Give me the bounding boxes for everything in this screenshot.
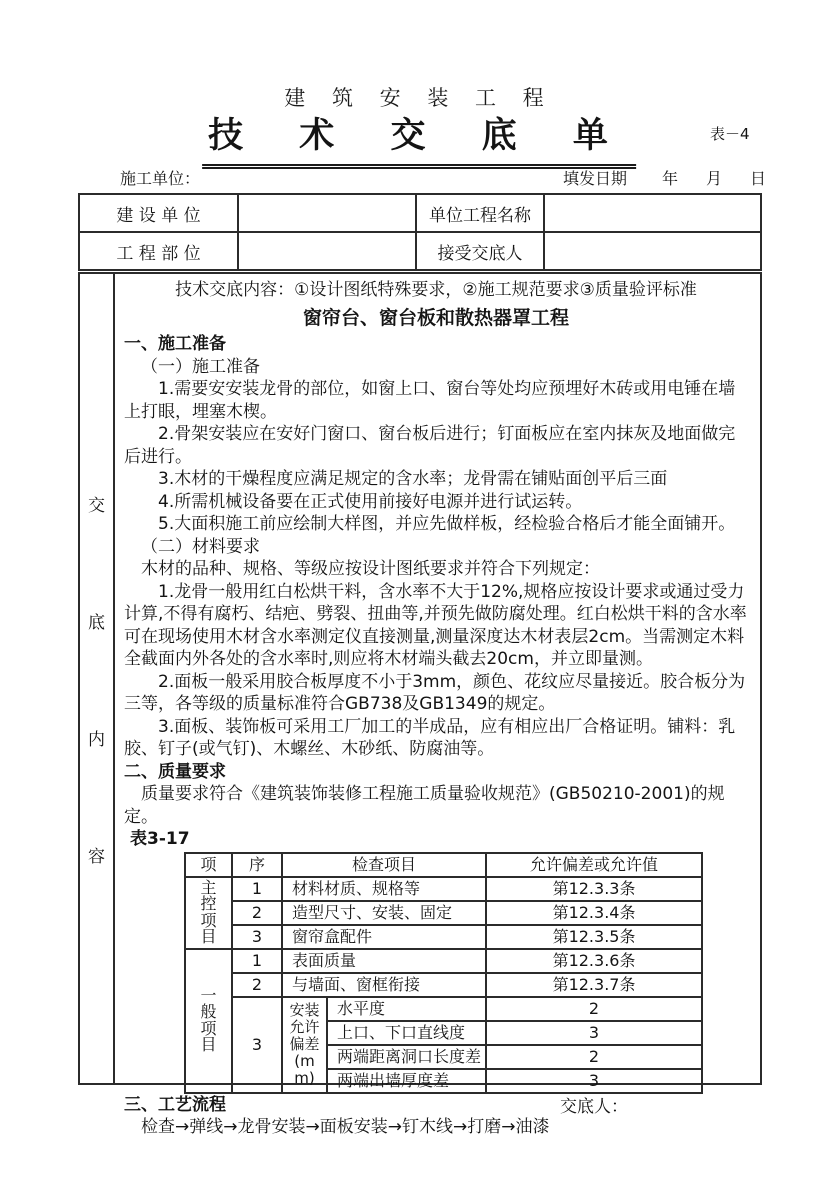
paragraph: 4.所需机械设备要在正式使用前接好电源并进行试运转。 [124, 491, 748, 514]
document-title: 窗帘台、窗台板和散热器罩工程 [124, 302, 748, 334]
unit-project-name-value[interactable] [544, 194, 761, 232]
allow-value-cell: 第12.3.3条 [486, 877, 702, 901]
table-row: 一般项目 1 表面质量 第12.3.6条 [185, 949, 702, 973]
table-header-row: 项 序 检查项目 允许偏差或允许值 [185, 853, 702, 877]
col-header-seq: 序 [232, 853, 282, 877]
table-row: 3 窗帘盒配件 第12.3.5条 [185, 925, 702, 949]
table-row: 建 设 单 位 单位工程名称 [79, 194, 761, 232]
paragraph: 质量要求符合《建筑装饰装修工程施工质量验收规范》(GB50210-2001)的规… [124, 783, 748, 828]
allow-value-cell: 3 [486, 1021, 702, 1045]
disclosure-intro: 技术交底内容：①设计图纸特殊要求，②施工规范要求③质量验评标准 [124, 279, 748, 302]
allow-value-cell: 3 [486, 1069, 702, 1093]
side-vertical-label: 交 底 内 容 [80, 274, 115, 1083]
check-item-cell: 水平度 [327, 997, 486, 1021]
project-part-value[interactable] [238, 232, 416, 270]
receiver-value[interactable] [544, 232, 761, 270]
allow-value-cell: 第12.3.6条 [486, 949, 702, 973]
side-char: 交 [88, 491, 105, 516]
section-heading: 二、质量要求 [124, 761, 748, 784]
seq-cell: 2 [232, 973, 282, 997]
form-number: 表－4 [710, 123, 750, 144]
paragraph: 木材的品种、规格、等级应按设计图纸要求并符合下列规定： [124, 558, 748, 581]
paragraph: （一）施工准备 [124, 356, 748, 379]
paragraph: 3.面板、装饰板可采用工厂加工的半成品，应有相应出厂合格证明。铺料：乳胶、钉子(… [124, 716, 748, 761]
build-unit-label: 建 设 单 位 [79, 194, 238, 232]
receiver-label: 接受交底人 [416, 232, 544, 270]
quality-requirements-table: 项 序 检查项目 允许偏差或允许值 主控项目 1 材料材质、规格等 第12.3.… [184, 852, 703, 1094]
disclosure-content-box: 交 底 内 容 技术交底内容：①设计图纸特殊要求，②施工规范要求③质量验评标准 … [78, 272, 762, 1085]
check-item-cell: 两端出墙厚度差 [327, 1069, 486, 1093]
build-unit-value[interactable] [238, 194, 416, 232]
issue-date-value[interactable]: 年 月 日 [662, 166, 772, 189]
check-item-cell: 与墙面、窗框衔接 [282, 973, 486, 997]
construction-unit-value[interactable] [215, 166, 515, 186]
side-char: 容 [88, 842, 105, 867]
allow-value-cell: 第12.3.7条 [486, 973, 702, 997]
paragraph: 2.面板一般采用胶合板厚度不小于3mm，颜色、花纹应尽量接近。胶合板分为三等，各… [124, 671, 748, 716]
seq-cell: 2 [232, 901, 282, 925]
technical-disclosure-form: 建 筑 安 装 工 程 技 术 交 底 单 表－4 施工单位： 填发日期 年 月… [0, 0, 838, 1186]
allow-value-cell: 第12.3.4条 [486, 901, 702, 925]
workflow-sequence: 检查→弹线→龙骨安装→面板安装→钉木线→打磨→油漆 [124, 1116, 748, 1139]
col-header-check: 检查项目 [282, 853, 486, 877]
paragraph: 2.骨架安装应在安好门窗口、窗台板后进行；钉面板应在室内抹灰及地面做完后进行。 [124, 423, 748, 468]
check-item-cell: 上口、下口直线度 [327, 1021, 486, 1045]
discloser-signature-area[interactable] [625, 1092, 775, 1114]
table-row: 3 安装允许偏差(mm) 水平度 2 [185, 997, 702, 1021]
disclosure-main-content: 技术交底内容：①设计图纸特殊要求，②施工规范要求③质量验评标准 窗帘台、窗台板和… [115, 274, 760, 1083]
check-item-cell: 材料材质、规格等 [282, 877, 486, 901]
allow-value-cell: 2 [486, 1045, 702, 1069]
group-label-main-control: 主控项目 [185, 877, 232, 949]
side-char: 内 [88, 725, 105, 750]
seq-cell: 3 [232, 997, 282, 1093]
quality-table-caption: 表3-17 [130, 828, 748, 851]
table-row: 主控项目 1 材料材质、规格等 第12.3.3条 [185, 877, 702, 901]
col-header-allow: 允许偏差或允许值 [486, 853, 702, 877]
unit-project-name-label: 单位工程名称 [416, 194, 544, 232]
group-label-general-items: 一般项目 [185, 949, 232, 1093]
table-row: 工 程 部 位 接受交底人 [79, 232, 761, 270]
paragraph: 1.龙骨一般用红白松烘干料，含水率不大于12%,规格应按设计要求或通过受力计算,… [124, 581, 748, 671]
check-item-cell: 表面质量 [282, 949, 486, 973]
check-item-cell: 窗帘盒配件 [282, 925, 486, 949]
paragraph: （二）材料要求 [124, 536, 748, 559]
issue-date-label: 填发日期 [563, 166, 627, 189]
seq-cell: 1 [232, 949, 282, 973]
project-part-label: 工 程 部 位 [79, 232, 238, 270]
seq-cell: 3 [232, 925, 282, 949]
table-row: 2 与墙面、窗框衔接 第12.3.7条 [185, 973, 702, 997]
check-item-cell: 造型尺寸、安装、固定 [282, 901, 486, 925]
project-info-table: 建 设 单 位 单位工程名称 工 程 部 位 接受交底人 [78, 193, 762, 271]
check-item-cell: 两端距离洞口长度差 [327, 1045, 486, 1069]
form-title-wrap: 技 术 交 底 单 [202, 108, 636, 169]
table-row: 2 造型尺寸、安装、固定 第12.3.4条 [185, 901, 702, 925]
construction-unit-label: 施工单位： [120, 166, 200, 189]
paragraph: 3.木材的干燥程度应满足规定的含水率；龙骨需在铺贴面创平后三面 [124, 468, 748, 491]
section-heading: 一、施工准备 [124, 333, 748, 356]
allow-value-cell: 第12.3.5条 [486, 925, 702, 949]
paragraph: 5.大面积施工前应绘制大样图，并应先做样板，经检验合格后才能全面铺开。 [124, 513, 748, 536]
seq-cell: 1 [232, 877, 282, 901]
col-header-item: 项 [185, 853, 232, 877]
discloser-label: 交底人： [560, 1092, 628, 1117]
allow-value-cell: 2 [486, 997, 702, 1021]
form-title: 技 术 交 底 单 [202, 108, 636, 169]
install-deviation-label: 安装允许偏差(mm) [282, 997, 327, 1093]
side-char: 底 [88, 608, 105, 633]
paragraph: 1.需要安安装龙骨的部位，如窗上口、窗台等处均应预埋好木砖或用电锤在墙上打眼，埋… [124, 378, 748, 423]
meta-row: 施工单位： 填发日期 年 月 日 [0, 166, 838, 186]
